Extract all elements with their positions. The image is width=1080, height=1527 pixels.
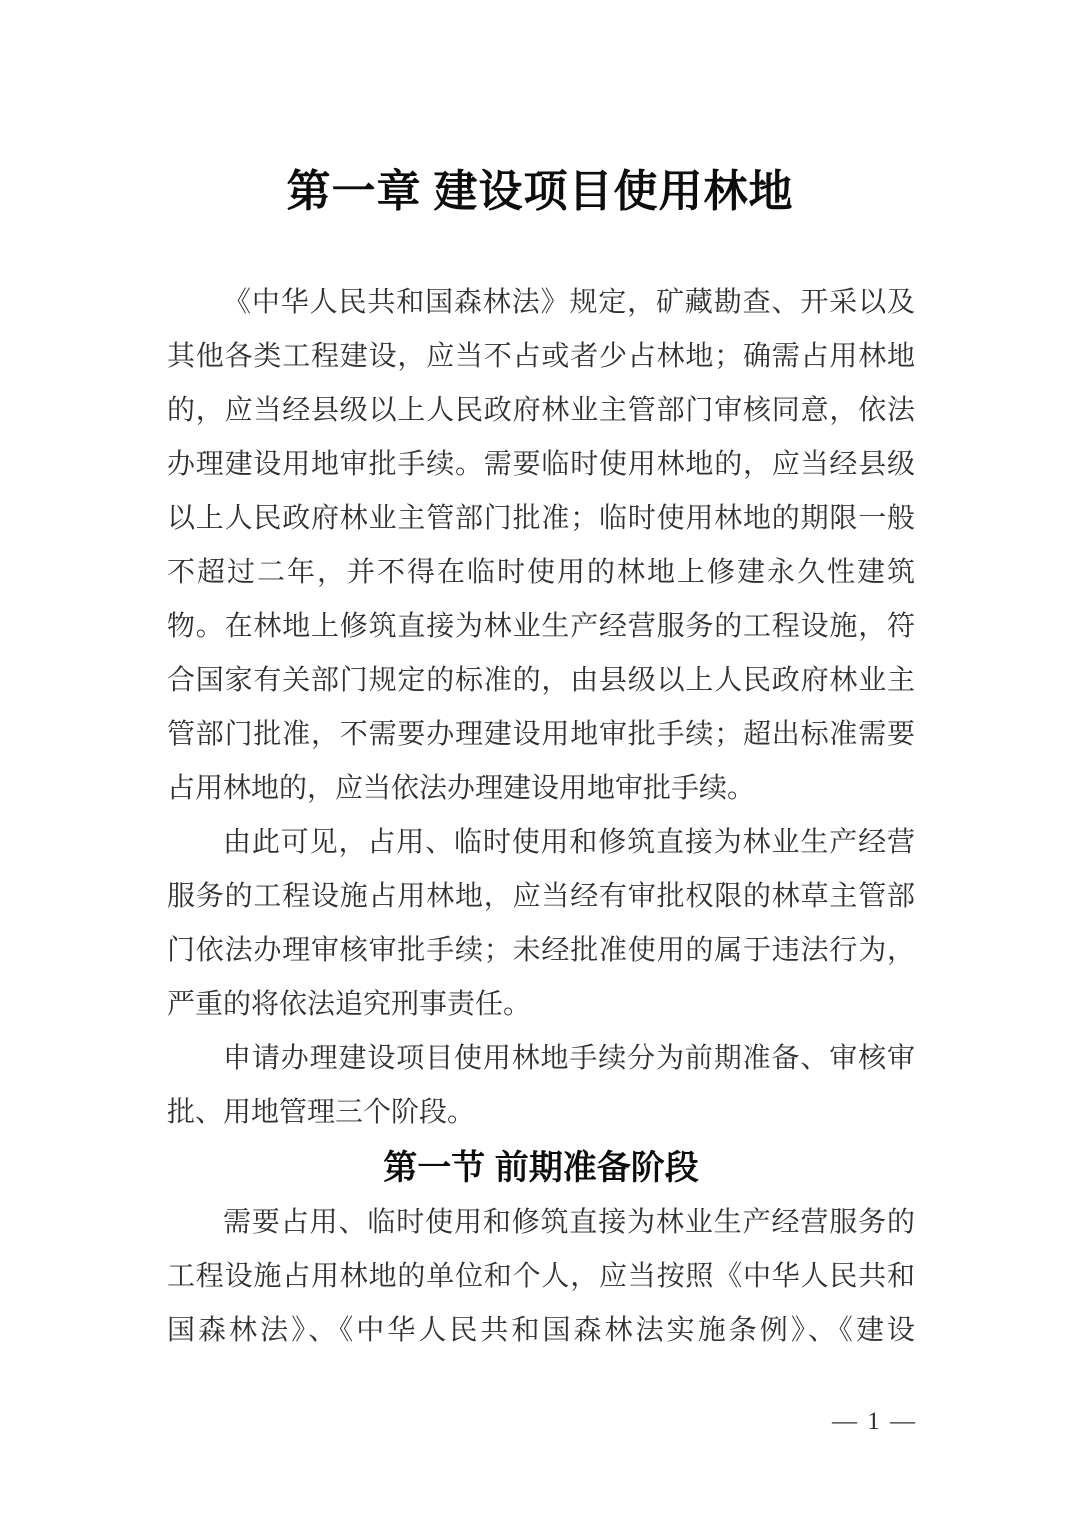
text-line: 其他各类工程建设，应当不占或者少占林地；确需占用林地 — [167, 330, 915, 384]
text-line: 合国家有关部门规定的标准的，由县级以上人民政府林业主 — [167, 654, 915, 708]
text-line: 物。在林地上修筑直接为林业生产经营服务的工程设施，符 — [167, 600, 915, 654]
text-line: 需要占用、临时使用和修筑直接为林业生产经营服务的 — [167, 1196, 915, 1250]
section-paragraphs: 需要占用、临时使用和修筑直接为林业生产经营服务的工程设施占用林地的单位和个人，应… — [167, 1196, 915, 1358]
paragraph: 需要占用、临时使用和修筑直接为林业生产经营服务的工程设施占用林地的单位和个人，应… — [167, 1196, 915, 1358]
text-line: 不超过二年，并不得在临时使用的林地上修建永久性建筑 — [167, 546, 915, 600]
text-line: 占用林地的，应当依法办理建设用地审批手续。 — [167, 762, 915, 816]
text-line: 国森林法》、《中华人民共和国森林法实施条例》、《建设 — [167, 1304, 915, 1358]
text-line: 门依法办理审核审批手续；未经批准使用的属于违法行为， — [167, 924, 915, 978]
intro-paragraphs: 《中华人民共和国森林法》规定，矿藏勘查、开采以及其他各类工程建设，应当不占或者少… — [167, 276, 915, 1140]
text-line: 严重的将依法追究刑事责任。 — [167, 978, 915, 1032]
text-line: 办理建设用地审批手续。需要临时使用林地的，应当经县级 — [167, 438, 915, 492]
text-line: 批、用地管理三个阶段。 — [167, 1086, 915, 1140]
section-title: 第一节 前期准备阶段 — [167, 1140, 915, 1196]
text-line: 服务的工程设施占用林地，应当经有审批权限的林草主管部 — [167, 870, 915, 924]
text-line: 管部门批准，不需要办理建设用地审批手续；超出标准需要 — [167, 708, 915, 762]
document-page: 第一章 建设项目使用林地 《中华人民共和国森林法》规定，矿藏勘查、开采以及其他各… — [0, 0, 1080, 1527]
page-number: — 1 — — [832, 1408, 917, 1436]
chapter-title: 第一章 建设项目使用林地 — [0, 0, 1080, 223]
text-line: 以上人民政府林业主管部门批准；临时使用林地的期限一般 — [167, 492, 915, 546]
paragraph: 申请办理建设项目使用林地手续分为前期准备、审核审批、用地管理三个阶段。 — [167, 1032, 915, 1140]
text-line: 《中华人民共和国森林法》规定，矿藏勘查、开采以及 — [167, 276, 915, 330]
text-line: 的，应当经县级以上人民政府林业主管部门审核同意，依法 — [167, 384, 915, 438]
text-line: 申请办理建设项目使用林地手续分为前期准备、审核审 — [167, 1032, 915, 1086]
body-text: 《中华人民共和国森林法》规定，矿藏勘查、开采以及其他各类工程建设，应当不占或者少… — [167, 276, 915, 1358]
text-line: 工程设施占用林地的单位和个人，应当按照《中华人民共和 — [167, 1250, 915, 1304]
paragraph: 《中华人民共和国森林法》规定，矿藏勘查、开采以及其他各类工程建设，应当不占或者少… — [167, 276, 915, 816]
paragraph: 由此可见，占用、临时使用和修筑直接为林业生产经营服务的工程设施占用林地，应当经有… — [167, 816, 915, 1032]
text-line: 由此可见，占用、临时使用和修筑直接为林业生产经营 — [167, 816, 915, 870]
